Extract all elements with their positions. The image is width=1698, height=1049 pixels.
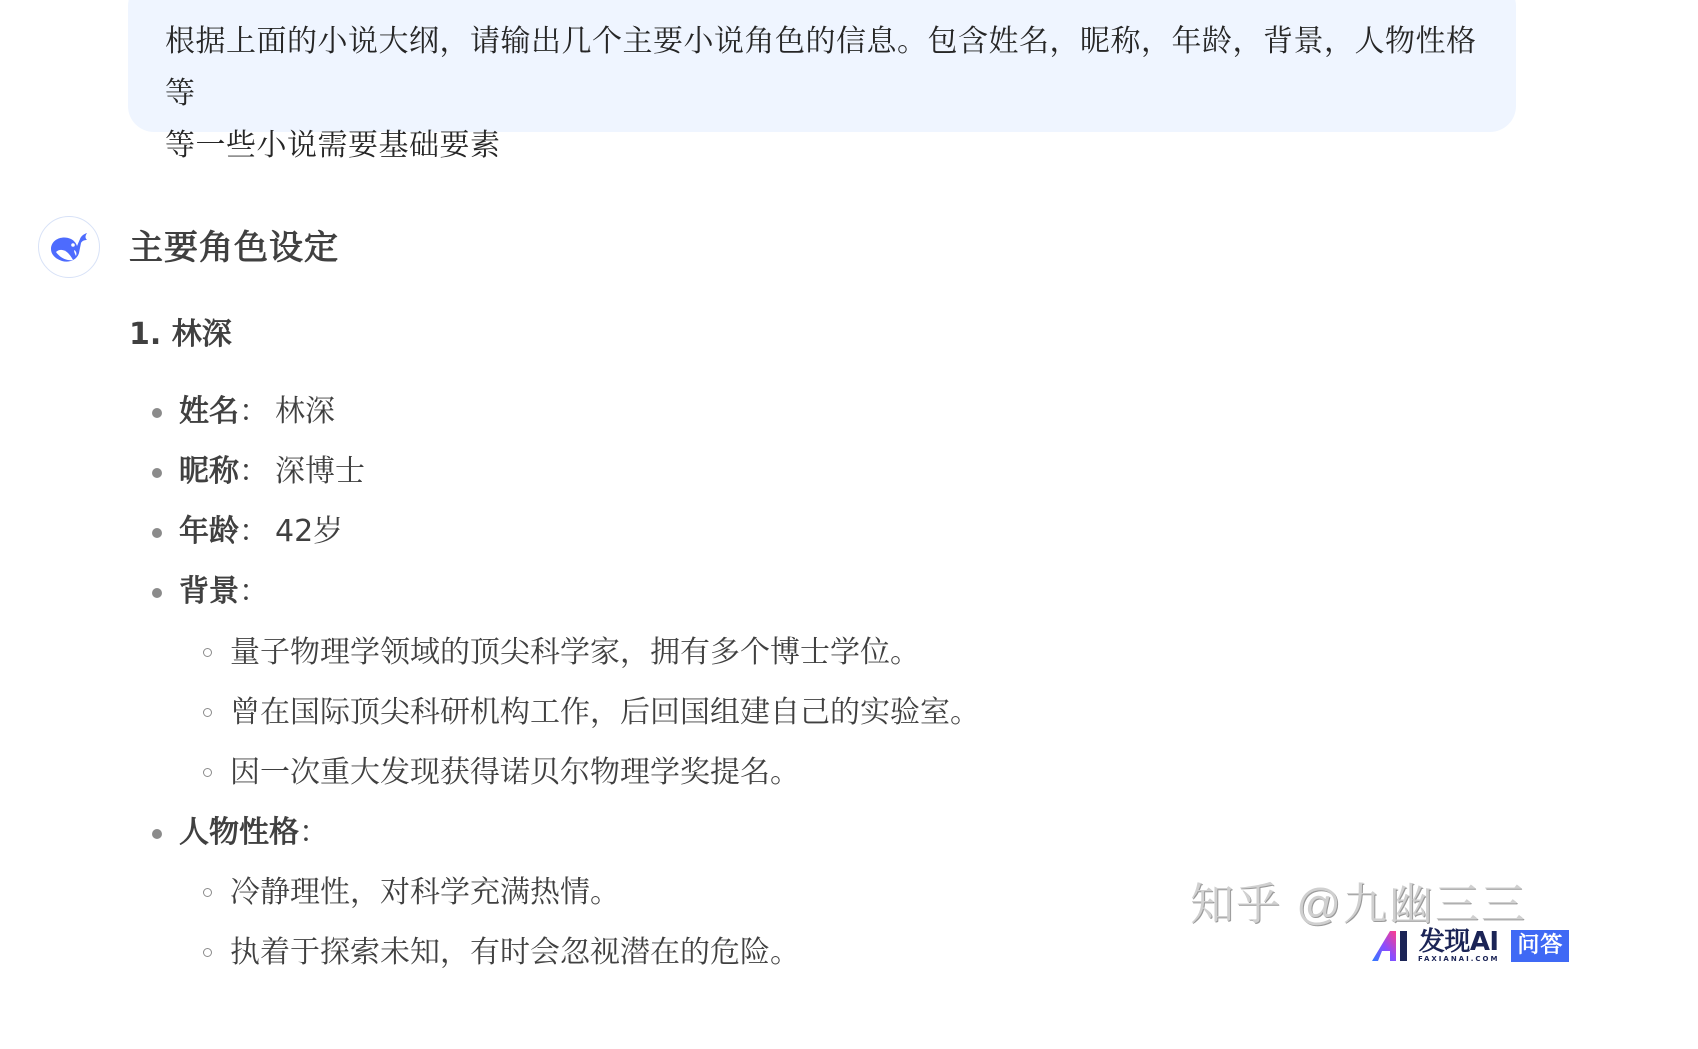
faxianai-logo-icon bbox=[1370, 929, 1412, 963]
background-item-text: 量子物理学领域的顶尖科学家，拥有多个博士学位。 bbox=[230, 635, 920, 670]
brand-title: 发现AI bbox=[1419, 929, 1499, 955]
personality-item: 执着于探索未知，有时会忽视潜在的危险。 bbox=[230, 933, 800, 973]
field-background: 背景： bbox=[179, 572, 275, 612]
field-label: 人物性格 bbox=[179, 815, 299, 850]
field-value: 42岁 bbox=[275, 514, 343, 549]
bullet-dot-icon bbox=[152, 468, 162, 478]
field-name: 姓名：林深 bbox=[179, 392, 335, 432]
brand-name: 发现AI FAXIANAI.COM bbox=[1418, 929, 1499, 963]
personality-item: 冷静理性，对科学充满热情。 bbox=[230, 873, 620, 913]
user-message-line-1: 根据上面的小说大纲，请输出几个主要小说角色的信息。包含姓名，昵称，年龄，背景，人… bbox=[165, 16, 1480, 120]
bullet-ring-icon bbox=[203, 648, 212, 657]
bullet-dot-icon bbox=[152, 829, 162, 839]
field-label: 年龄 bbox=[179, 514, 239, 549]
field-age: 年龄：42岁 bbox=[179, 512, 343, 552]
field-nickname: 昵称：深博士 bbox=[179, 452, 365, 492]
bullet-ring-icon bbox=[203, 708, 212, 717]
personality-item-text: 执着于探索未知，有时会忽视潜在的危险。 bbox=[230, 935, 800, 970]
user-message-text: 根据上面的小说大纲，请输出几个主要小说角色的信息。包含姓名，昵称，年龄，背景，人… bbox=[165, 16, 1480, 172]
bullet-ring-icon bbox=[203, 768, 212, 777]
field-label: 昵称 bbox=[179, 454, 239, 489]
field-personality: 人物性格： bbox=[179, 813, 335, 853]
field-colon: ： bbox=[239, 454, 269, 489]
field-value: 深博士 bbox=[275, 454, 365, 489]
deepseek-whale-icon bbox=[47, 229, 91, 265]
background-item: 曾在国际顶尖科研机构工作，后回国组建自己的实验室。 bbox=[230, 693, 980, 733]
user-message-line-2: 等一些小说需要基础要素 bbox=[165, 120, 1480, 172]
faxianai-brand: 发现AI FAXIANAI.COM 问答 bbox=[1370, 928, 1569, 964]
background-item: 因一次重大发现获得诺贝尔物理学奖提名。 bbox=[230, 753, 800, 793]
bullet-ring-icon bbox=[203, 888, 212, 897]
personality-item-text: 冷静理性，对科学充满热情。 bbox=[230, 875, 620, 910]
assistant-avatar bbox=[38, 216, 100, 278]
zhihu-watermark: 知乎 @九幽三三 bbox=[1190, 878, 1527, 932]
background-item-text: 曾在国际顶尖科研机构工作，后回国组建自己的实验室。 bbox=[230, 695, 980, 730]
field-label: 背景 bbox=[179, 574, 239, 609]
field-value: 林深 bbox=[275, 394, 335, 429]
field-colon: ： bbox=[239, 394, 269, 429]
bullet-ring-icon bbox=[203, 948, 212, 957]
field-colon: ： bbox=[299, 815, 329, 850]
bullet-dot-icon bbox=[152, 588, 162, 598]
character-title: 1. 林深 bbox=[129, 315, 232, 355]
brand-subtitle: FAXIANAI.COM bbox=[1418, 955, 1499, 963]
response-heading: 主要角色设定 bbox=[129, 226, 339, 270]
user-message-bubble: 根据上面的小说大纲，请输出几个主要小说角色的信息。包含姓名，昵称，年龄，背景，人… bbox=[128, 0, 1516, 132]
background-item-text: 因一次重大发现获得诺贝尔物理学奖提名。 bbox=[230, 755, 800, 790]
field-colon: ： bbox=[239, 514, 269, 549]
background-item: 量子物理学领域的顶尖科学家，拥有多个博士学位。 bbox=[230, 633, 920, 673]
bullet-dot-icon bbox=[152, 528, 162, 538]
brand-badge: 问答 bbox=[1511, 930, 1569, 962]
field-colon: ： bbox=[239, 574, 269, 609]
bullet-dot-icon bbox=[152, 408, 162, 418]
field-label: 姓名 bbox=[179, 394, 239, 429]
